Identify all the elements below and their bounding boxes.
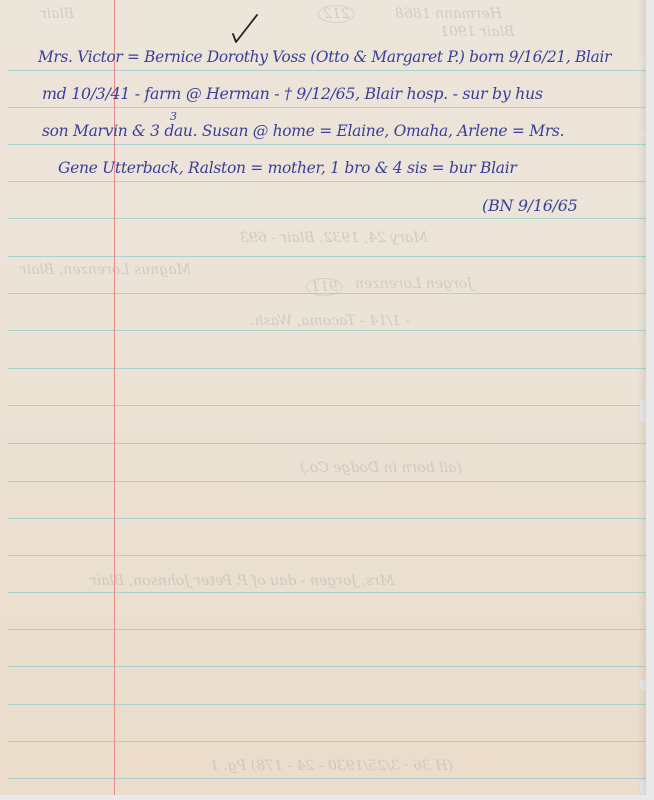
bleed-text: Hermann 1868: [395, 6, 502, 22]
bleed-text: Blair 1901: [440, 24, 514, 40]
bleed-text: 212: [318, 5, 355, 23]
margin-line: [114, 0, 115, 795]
bleed-text: (all born in Dodge Co.): [300, 460, 462, 476]
torn-edge: [640, 55, 646, 65]
ruled-line: [8, 704, 646, 705]
ruled-line: [8, 181, 646, 182]
torn-edge: [640, 400, 646, 422]
bleed-text: 911: [306, 278, 343, 296]
ruled-line: [8, 405, 646, 406]
torn-edge: [640, 780, 646, 795]
ruled-line: [8, 218, 646, 219]
ruled-line: [8, 144, 646, 145]
handwritten-citation: (BN 9/16/65: [482, 196, 577, 215]
bleed-text: Mrs. Jorgen - dau of P. Peter Johnson, B…: [90, 573, 394, 589]
ruled-line: [8, 666, 646, 667]
ruled-line: [8, 330, 646, 331]
torn-edge: [640, 130, 646, 138]
ruled-line: [8, 107, 646, 108]
handwritten-line-2: md 10/3/41 - farm @ Herman - † 9/12/65, …: [42, 85, 543, 103]
check-mark-icon: [230, 12, 260, 46]
bleed-text: (H 36 · 3/25/1930 - 24 - 178) Pg. 1: [210, 758, 453, 774]
ruled-line: [8, 443, 646, 444]
torn-edge: [640, 680, 646, 690]
ruled-line: [8, 518, 646, 519]
handwritten-line-3: son Marvin & 3 dau. Susan @ home = Elain…: [42, 122, 564, 140]
ruled-line: [8, 592, 646, 593]
bleed-text: Mary 24, 1932, Blair - 693: [240, 230, 428, 246]
bleed-text: - 1/14 - Tacoma, Wash.: [250, 313, 410, 329]
bleed-text: Magnus Lorenzen, Blair: [20, 262, 191, 278]
handwritten-line-1: Mrs. Victor = Bernice Dorothy Voss (Otto…: [38, 48, 611, 66]
bleed-text: Blair: [40, 6, 74, 22]
ruled-line: [8, 256, 646, 257]
handwritten-line-4: Gene Utterback, Ralston = mother, 1 bro …: [58, 159, 516, 177]
ruled-line: [8, 778, 646, 779]
bleed-text: Jorgen Lorenzen: [355, 276, 473, 292]
ruled-line: [8, 555, 646, 556]
ruled-line: [8, 70, 646, 71]
ruled-line: [8, 481, 646, 482]
notebook-page: Blair 212 Hermann 1868 Blair 1901 Mary 2…: [0, 0, 646, 795]
ruled-line: [8, 629, 646, 630]
ruled-line: [8, 368, 646, 369]
ruled-line: [8, 741, 646, 742]
